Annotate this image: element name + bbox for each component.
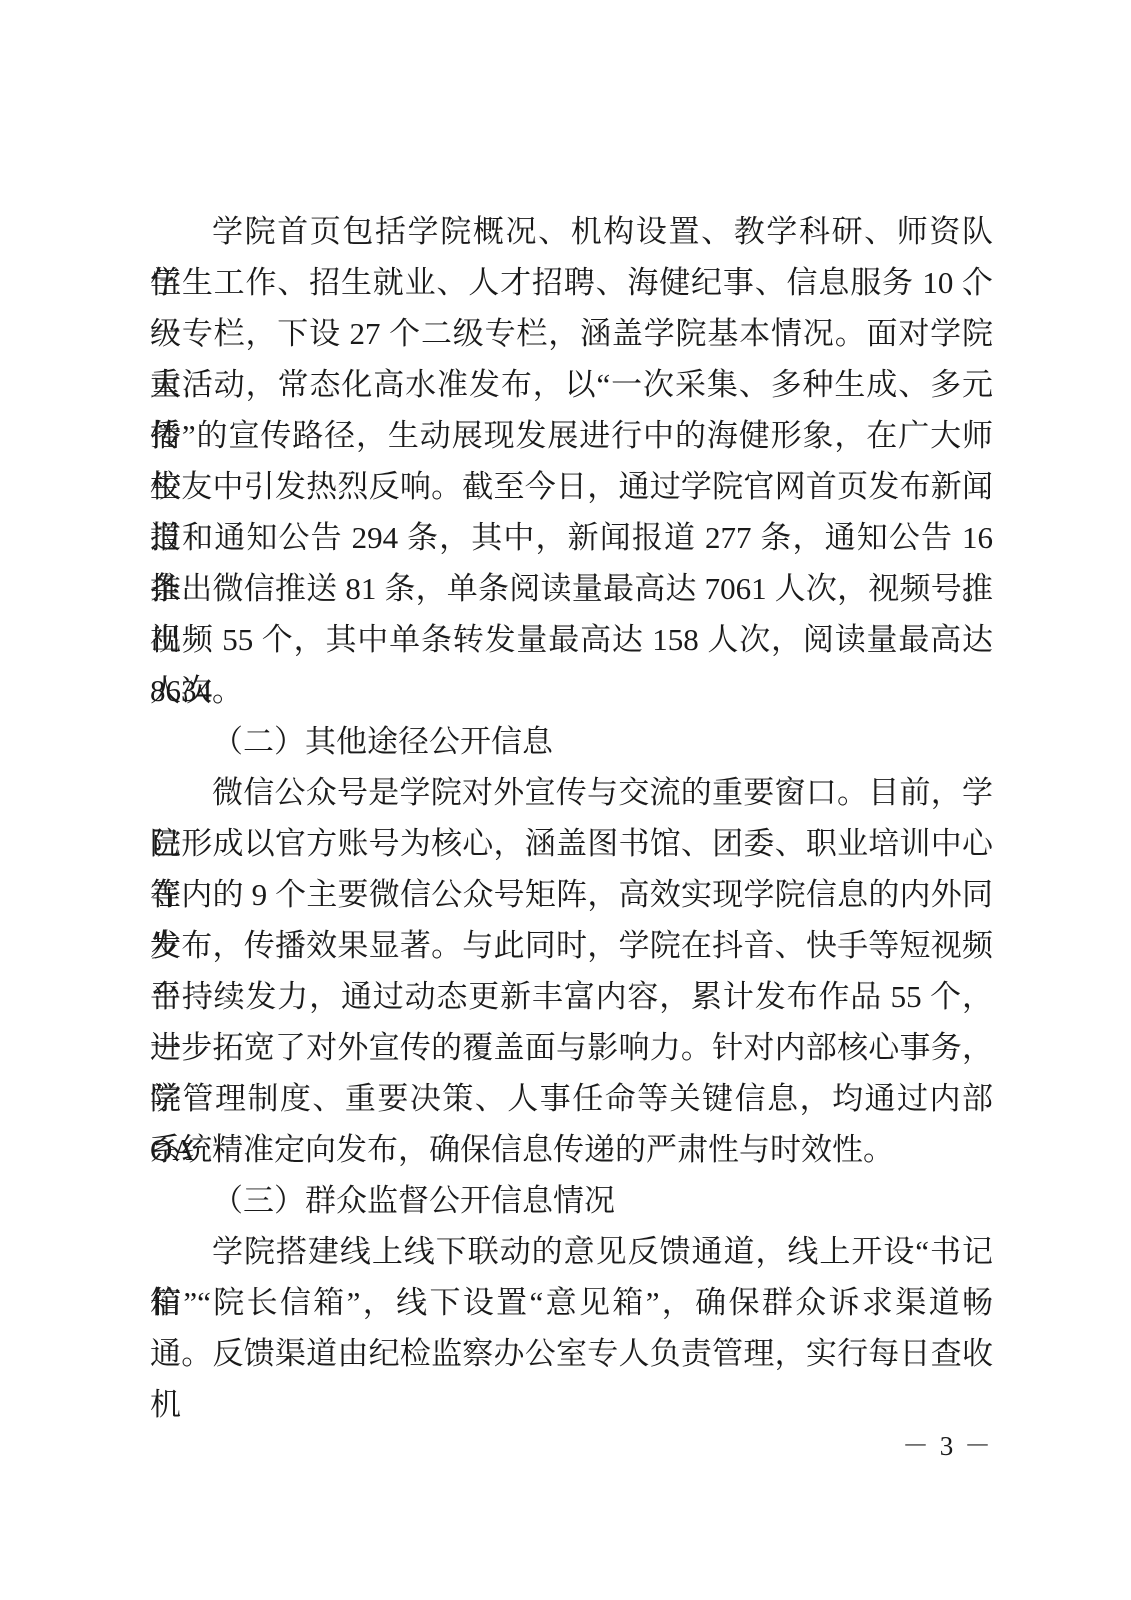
body-text-line: 微信公众号是学院对外宣传与交流的重要窗口。目前，学院 [150, 767, 993, 818]
body-text-line: 人次。 [150, 665, 993, 716]
document-page: 学院首页包括学院概况、机构设置、教学科研、师资队伍、学生工作、招生就业、人才招聘… [0, 0, 1131, 1600]
body-text-line: 视频 55 个，其中单条转发量最高达 158 人次，阅读量最高达 8634 [150, 614, 993, 665]
body-text-line: 已形成以官方账号为核心，涵盖图书馆、团委、职业培训中心等 [150, 818, 993, 869]
body-text-line: 学院首页包括学院概况、机构设置、教学科研、师资队伍、 [150, 206, 993, 257]
text-body: 学院首页包括学院概况、机构设置、教学科研、师资队伍、学生工作、招生就业、人才招聘… [150, 206, 993, 1379]
body-text-line: 在内的 9 个主要微信公众号矩阵，高效实现学院信息的内外同步 [150, 869, 993, 920]
section-heading: （二）其他途径公开信息 [150, 716, 993, 767]
body-text-line: 学生工作、招生就业、人才招聘、海健纪事、信息服务 10 个一 [150, 257, 993, 308]
body-text-line: 播”的宣传路径，生动展现发展进行中的海健形象，在广大师生 [150, 410, 993, 461]
body-text-line: 通。反馈渠道由纪检监察办公室专人负责管理，实行每日查收机 [150, 1328, 993, 1379]
body-text-line: 箱”“院长信箱”，线下设置“意见箱”，确保群众诉求渠道畅 [150, 1277, 993, 1328]
body-text-line: 校友中引发热烈反响。截至今日，通过学院官网首页发布新闻报 [150, 461, 993, 512]
body-text-line: 院管理制度、重要决策、人事任命等关键信息，均通过内部 OA [150, 1073, 993, 1124]
body-text-line: 大活动，常态化高水准发布，以“一次采集、多种生成、多元传 [150, 359, 993, 410]
body-text-line: 台持续发力，通过动态更新丰富内容，累计发布作品 55 个，进 [150, 971, 993, 1022]
body-text-line: 级专栏，下设 27 个二级专栏，涵盖学院基本情况。面对学院重 [150, 308, 993, 359]
section-heading: （三）群众监督公开信息情况 [150, 1175, 993, 1226]
body-text-line: 学院搭建线上线下联动的意见反馈通道，线上开设“书记信 [150, 1226, 993, 1277]
body-text-line: 系统精准定向发布，确保信息传递的严肃性与时效性。 [150, 1124, 993, 1175]
body-text-line: 道和通知公告 294 条，其中，新闻报道 277 条，通知公告 16 条。 [150, 512, 993, 563]
body-text-line: 推出微信推送 81 条，单条阅读量最高达 7061 人次，视频号推出 [150, 563, 993, 614]
body-text-line: 发布，传播效果显著。与此同时，学院在抖音、快手等短视频平 [150, 920, 993, 971]
page-number: － 3 － [150, 1430, 993, 1462]
body-text-line: 一步拓宽了对外宣传的覆盖面与影响力。针对内部核心事务，学 [150, 1022, 993, 1073]
